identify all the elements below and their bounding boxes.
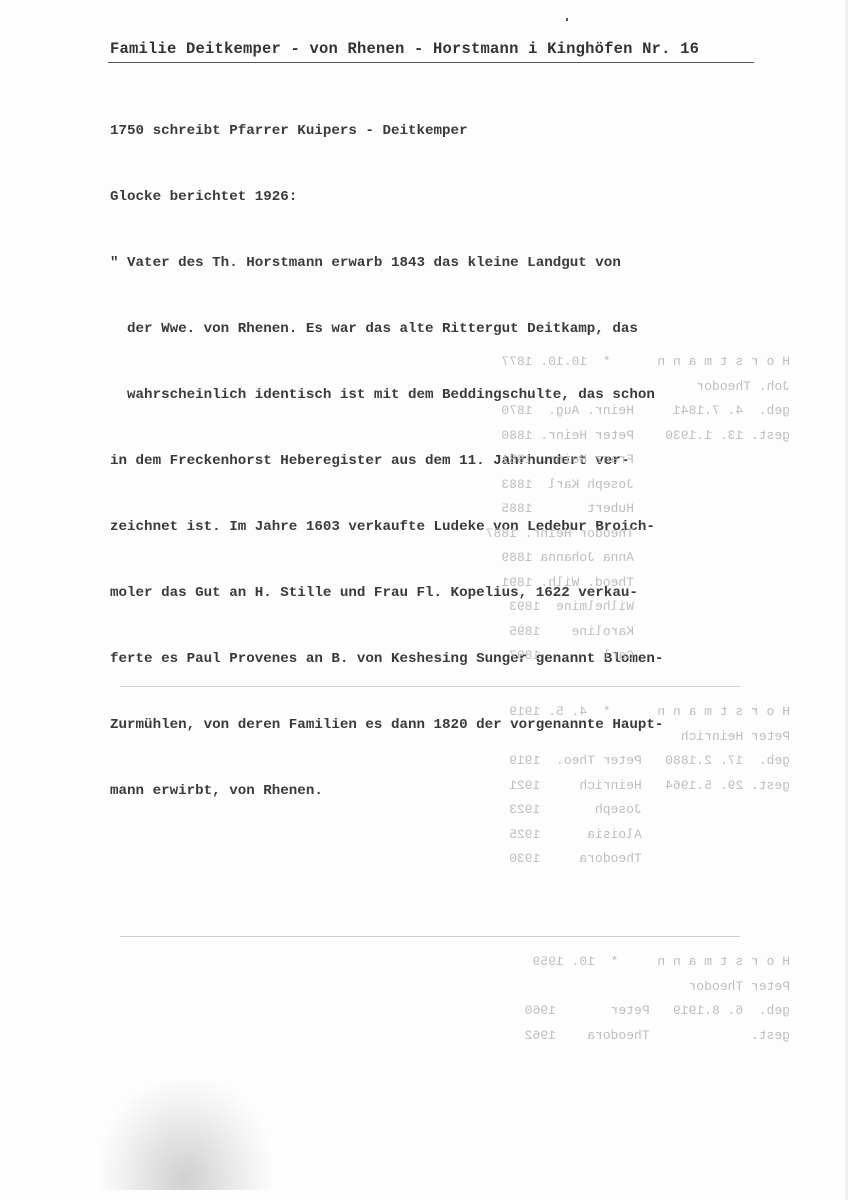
scan-speck — [566, 18, 568, 21]
bleed-through-block-2: H o r s t m a n n * 4. 5. 1919 Peter Hei… — [230, 700, 790, 872]
body-line: " Vater des Th. Horstmann erwarb 1843 da… — [110, 252, 810, 274]
scanned-page: Familie Deitkemper - von Rhenen - Horstm… — [0, 0, 848, 1200]
body-line: Glocke berichtet 1926: — [110, 186, 810, 208]
bleed-through-block-1: H o r s t m a n n * 10.10. 1877 Joh. The… — [230, 350, 790, 669]
bleed-through-block-3: H o r s t m a n n * 10. 1959 Peter Theod… — [230, 950, 790, 1048]
document-title: Familie Deitkemper - von Rhenen - Horstm… — [110, 40, 699, 58]
body-line: 1750 schreibt Pfarrer Kuipers - Deitkemp… — [110, 120, 810, 142]
scan-smudge — [100, 1080, 270, 1190]
bleed-through-rule — [120, 686, 740, 687]
title-underline — [108, 62, 754, 63]
bleed-through-rule — [120, 936, 740, 937]
body-line: der Wwe. von Rhenen. Es war das alte Rit… — [110, 318, 810, 340]
